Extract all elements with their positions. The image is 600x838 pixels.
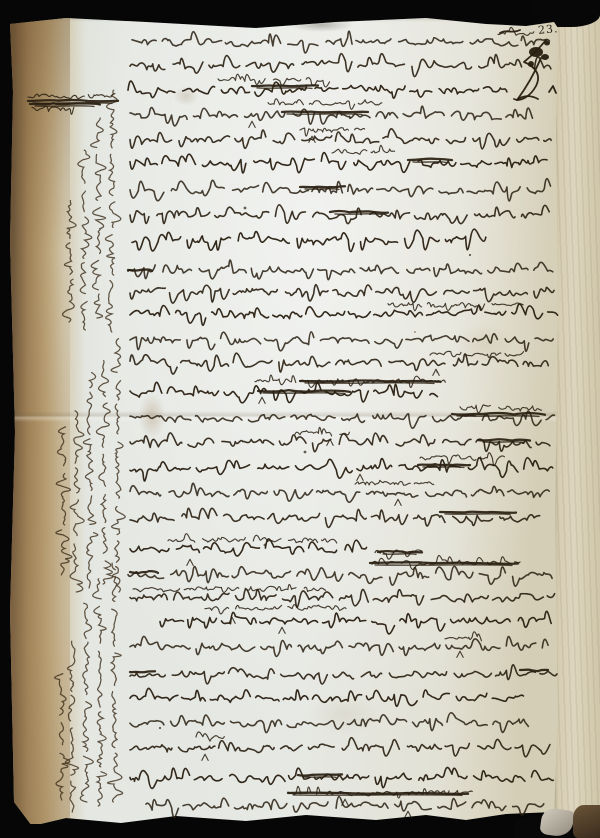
- paper-stain: [288, 18, 354, 32]
- manuscript-photo: 23.: [0, 0, 600, 838]
- paper-stain: [453, 323, 515, 365]
- manuscript-page: [6, 12, 558, 824]
- page-corner-scrap: [573, 805, 600, 838]
- folio-number: 23.: [537, 22, 559, 37]
- paper-stain: [138, 393, 166, 439]
- paper-stain: [308, 693, 380, 735]
- paper-stain: [173, 86, 199, 106]
- fold-crease: [6, 411, 558, 422]
